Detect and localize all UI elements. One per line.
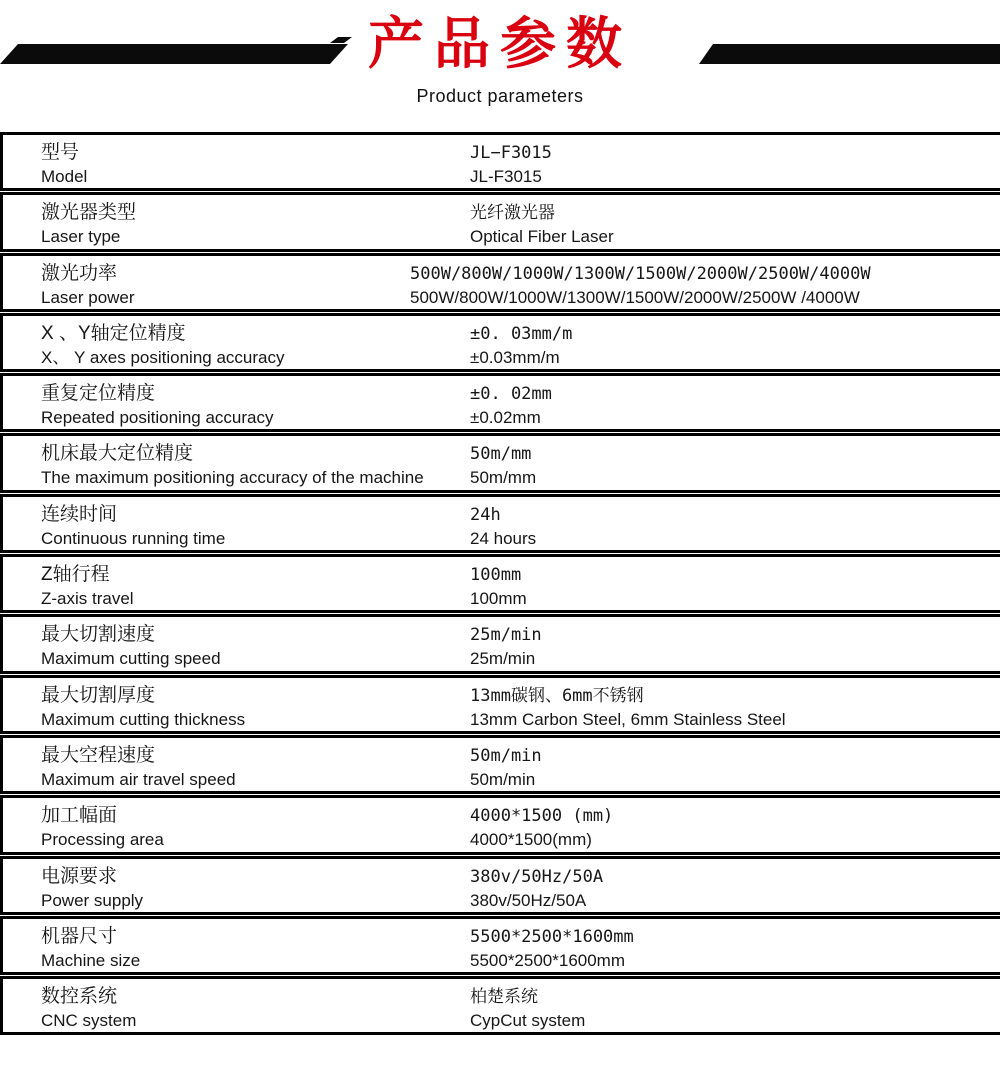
param-value-zh: 24h <box>470 502 1000 528</box>
param-value-zh: 50m/mm <box>470 441 1000 467</box>
param-label-cell: 机床最大定位精度 The maximum positioning accurac… <box>3 441 470 489</box>
param-label-en: The maximum positioning accuracy of the … <box>41 467 470 488</box>
table-row: X 、Y轴定位精度 X、 Y axes positioning accuracy… <box>0 313 1000 372</box>
param-label-zh: 最大切割厚度 <box>41 683 470 709</box>
param-label-zh: 重复定位精度 <box>41 381 470 407</box>
param-value-zh: 50m/min <box>470 743 1000 769</box>
table-row: 加工幅面 Processing area 4000*1500 (mm) 4000… <box>0 795 1000 854</box>
param-label-cell: 机器尺寸 Machine size <box>3 924 470 972</box>
param-label-zh: 机床最大定位精度 <box>41 441 470 467</box>
param-value-cell: JL−F3015 JL-F3015 <box>470 140 1000 188</box>
param-value-zh: 光纤激光器 <box>470 200 1000 226</box>
param-label-en: Maximum air travel speed <box>41 769 470 790</box>
table-row: 最大切割速度 Maximum cutting speed 25m/min 25m… <box>0 614 1000 673</box>
param-value-en: 5500*2500*1600mm <box>470 950 1000 971</box>
param-label-cell: X 、Y轴定位精度 X、 Y axes positioning accuracy <box>3 321 470 369</box>
param-label-cell: 激光器类型 Laser type <box>3 200 470 248</box>
table-row: 最大切割厚度 Maximum cutting thickness 13mm碳钢、… <box>0 675 1000 734</box>
param-value-en: 50m/mm <box>470 467 1000 488</box>
table-row: 型号 Model JL−F3015 JL-F3015 <box>0 132 1000 191</box>
param-value-cell: 柏楚系统 CypCut system <box>470 984 1000 1032</box>
param-value-en: 13mm Carbon Steel, 6mm Stainless Steel <box>470 709 1000 730</box>
table-row: 最大空程速度 Maximum air travel speed 50m/min … <box>0 735 1000 794</box>
param-value-en: Optical Fiber Laser <box>470 226 1000 247</box>
param-value-cell: 50m/mm 50m/mm <box>470 441 1000 489</box>
table-row: Z轴行程 Z-axis travel 100mm 100mm <box>0 554 1000 613</box>
param-label-en: Laser type <box>41 226 470 247</box>
param-value-cell: ±0. 02mm ±0.02mm <box>470 381 1000 429</box>
table-row: 机床最大定位精度 The maximum positioning accurac… <box>0 433 1000 492</box>
param-label-zh: 激光器类型 <box>41 200 470 226</box>
param-label-zh: 数控系统 <box>41 984 470 1010</box>
param-label-cell: 型号 Model <box>3 140 470 188</box>
param-value-zh: JL−F3015 <box>470 140 1000 166</box>
param-value-cell: 500W/800W/1000W/1300W/1500W/2000W/2500W/… <box>410 261 1000 309</box>
param-value-en: 25m/min <box>470 648 1000 669</box>
param-label-en: Maximum cutting thickness <box>41 709 470 730</box>
param-label-cell: 最大切割厚度 Maximum cutting thickness <box>3 683 470 731</box>
param-value-zh: ±0. 03mm/m <box>470 321 1000 347</box>
param-value-cell: 光纤激光器 Optical Fiber Laser <box>470 200 1000 248</box>
param-value-cell: 100mm 100mm <box>470 562 1000 610</box>
param-value-en: ±0.03mm/m <box>470 347 1000 368</box>
param-label-zh: 型号 <box>41 140 470 166</box>
param-label-en: CNC system <box>41 1010 470 1031</box>
param-label-cell: 重复定位精度 Repeated positioning accuracy <box>3 381 470 429</box>
param-value-cell: 13mm碳钢、6mm不锈钢 13mm Carbon Steel, 6mm Sta… <box>470 683 1000 731</box>
param-label-cell: 加工幅面 Processing area <box>3 803 470 851</box>
param-label-zh: 激光功率 <box>41 261 410 287</box>
table-row: 机器尺寸 Machine size 5500*2500*1600mm 5500*… <box>0 916 1000 975</box>
param-value-zh: 380v/50Hz/50A <box>470 864 1000 890</box>
param-value-en: ±0.02mm <box>470 407 1000 428</box>
param-label-en: Model <box>41 166 470 187</box>
param-label-zh: X 、Y轴定位精度 <box>41 321 470 347</box>
param-value-zh: 13mm碳钢、6mm不锈钢 <box>470 683 1000 709</box>
param-value-zh: 25m/min <box>470 622 1000 648</box>
param-label-cell: 最大空程速度 Maximum air travel speed <box>3 743 470 791</box>
param-value-en: 380v/50Hz/50A <box>470 890 1000 911</box>
param-value-en: CypCut system <box>470 1010 1000 1031</box>
param-label-cell: 电源要求 Power supply <box>3 864 470 912</box>
param-label-en: Processing area <box>41 829 470 850</box>
page-subtitle: Product parameters <box>0 85 1000 107</box>
param-label-cell: 激光功率 Laser power <box>3 261 410 309</box>
table-row: 数控系统 CNC system 柏楚系统 CypCut system <box>0 976 1000 1035</box>
param-value-en: 50m/min <box>470 769 1000 790</box>
param-value-zh: 5500*2500*1600mm <box>470 924 1000 950</box>
param-value-cell: 4000*1500 (mm) 4000*1500(mm) <box>470 803 1000 851</box>
param-value-en: 500W/800W/1000W/1300W/1500W/2000W/2500W … <box>410 287 1000 308</box>
param-label-zh: 加工幅面 <box>41 803 470 829</box>
table-row: 重复定位精度 Repeated positioning accuracy ±0.… <box>0 373 1000 432</box>
param-label-en: Laser power <box>41 287 410 308</box>
param-label-zh: 最大空程速度 <box>41 743 470 769</box>
page-header: 产品参数 Product parameters <box>0 0 1000 132</box>
table-row: 激光功率 Laser power 500W/800W/1000W/1300W/1… <box>0 253 1000 312</box>
param-label-en: Continuous running time <box>41 528 470 549</box>
param-value-en: JL-F3015 <box>470 166 1000 187</box>
table-row: 电源要求 Power supply 380v/50Hz/50A 380v/50H… <box>0 856 1000 915</box>
param-label-en: Maximum cutting speed <box>41 648 470 669</box>
param-label-en: Repeated positioning accuracy <box>41 407 470 428</box>
param-label-zh: 连续时间 <box>41 502 470 528</box>
param-label-en: X、 Y axes positioning accuracy <box>41 347 470 368</box>
param-value-cell: 5500*2500*1600mm 5500*2500*1600mm <box>470 924 1000 972</box>
param-value-cell: 24h 24 hours <box>470 502 1000 550</box>
spec-table: 型号 Model JL−F3015 JL-F3015 激光器类型 Laser t… <box>0 132 1000 1035</box>
param-label-cell: 连续时间 Continuous running time <box>3 502 470 550</box>
param-label-zh: 机器尺寸 <box>41 924 470 950</box>
param-value-cell: 50m/min 50m/min <box>470 743 1000 791</box>
param-label-en: Power supply <box>41 890 470 911</box>
param-label-cell: Z轴行程 Z-axis travel <box>3 562 470 610</box>
param-value-zh: 100mm <box>470 562 1000 588</box>
page-title: 产品参数 <box>0 4 1000 84</box>
param-value-en: 4000*1500(mm) <box>470 829 1000 850</box>
param-label-zh: 最大切割速度 <box>41 622 470 648</box>
param-value-zh: 柏楚系统 <box>470 984 1000 1010</box>
param-value-zh: ±0. 02mm <box>470 381 1000 407</box>
param-value-cell: 380v/50Hz/50A 380v/50Hz/50A <box>470 864 1000 912</box>
param-label-cell: 数控系统 CNC system <box>3 984 470 1032</box>
param-value-cell: ±0. 03mm/m ±0.03mm/m <box>470 321 1000 369</box>
table-row: 连续时间 Continuous running time 24h 24 hour… <box>0 494 1000 553</box>
param-value-zh: 500W/800W/1000W/1300W/1500W/2000W/2500W/… <box>410 261 1000 287</box>
param-value-cell: 25m/min 25m/min <box>470 622 1000 670</box>
param-label-cell: 最大切割速度 Maximum cutting speed <box>3 622 470 670</box>
param-value-en: 100mm <box>470 588 1000 609</box>
table-row: 激光器类型 Laser type 光纤激光器 Optical Fiber Las… <box>0 192 1000 251</box>
param-value-en: 24 hours <box>470 528 1000 549</box>
param-label-zh: Z轴行程 <box>41 562 470 588</box>
param-label-en: Z-axis travel <box>41 588 470 609</box>
param-label-zh: 电源要求 <box>41 864 470 890</box>
param-label-en: Machine size <box>41 950 470 971</box>
param-value-zh: 4000*1500 (mm) <box>470 803 1000 829</box>
